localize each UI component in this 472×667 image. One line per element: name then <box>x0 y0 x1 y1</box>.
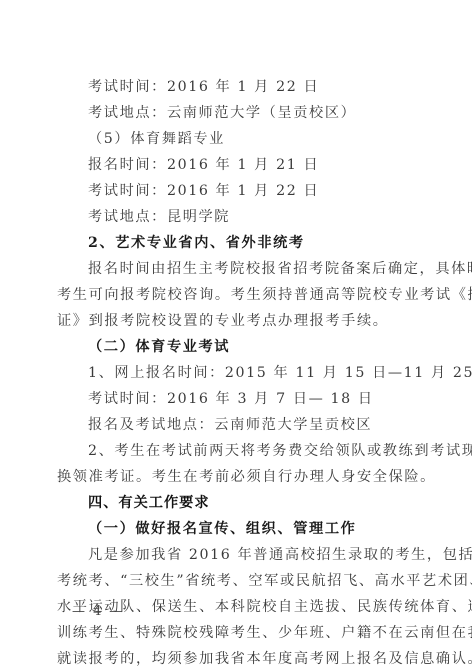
section-heading: （二）体育专业考试 <box>57 334 411 360</box>
paragraph-line: 考生可向报考院校咨询。考生须持普通高等院校专业考试《报考 <box>57 282 411 308</box>
section-heading: （一）做好报名宣传、组织、管理工作 <box>57 516 411 542</box>
paragraph-line: 凡是参加我省 2016 年普通高校招生录取的考生，包括：高 <box>57 542 411 568</box>
page-number: — 4 — <box>72 604 125 619</box>
text-line: 考试时间：2016 年 1 月 22 日 <box>57 74 411 100</box>
paragraph-line: 报名时间由招生主考院校报省招考院备案后确定，具体时间 <box>57 256 411 282</box>
paragraph-line: 训练考生、特殊院校残障考生、少年班、户籍不在云南但在我省 <box>57 620 411 646</box>
document-page: 考试时间：2016 年 1 月 22 日 考试地点：云南师范大学（呈贡校区） （… <box>57 74 411 667</box>
chapter-heading: 四、有关工作要求 <box>57 490 411 516</box>
section-heading: 2、艺术专业省内、省外非统考 <box>57 230 411 256</box>
subsection-heading: （5）体育舞蹈专业 <box>57 126 411 152</box>
paragraph-line: 2、考生在考试前两天将考务费交给领队或教练到考试现场 <box>57 438 411 464</box>
text-line: 报名时间：2016 年 1 月 21 日 <box>57 152 411 178</box>
text-line: 考试时间：2016 年 3 月 7 日— 18 日 <box>57 386 411 412</box>
text-line: 考试时间：2016 年 1 月 22 日 <box>57 178 411 204</box>
text-line: 考试地点：昆明学院 <box>57 204 411 230</box>
text-line: 考试地点：云南师范大学（呈贡校区） <box>57 100 411 126</box>
paragraph-line: 就读报考的，均须参加我省本年度高考网上报名及信息确认。 <box>57 646 411 667</box>
paragraph-line: 证》到报考院校设置的专业考点办理报考手续。 <box>57 308 411 334</box>
paragraph-line: 考统考、“三校生”省统考、空军或民航招飞、高水平艺术团、高 <box>57 568 411 594</box>
paragraph-line: 换领准考证。考生在考前必须自行办理人身安全保险。 <box>57 464 411 490</box>
text-line: 1、网上报名时间：2015 年 11 月 15 日—11 月 25 日 <box>57 360 411 386</box>
text-line: 报名及考试地点：云南师范大学呈贡校区 <box>57 412 411 438</box>
